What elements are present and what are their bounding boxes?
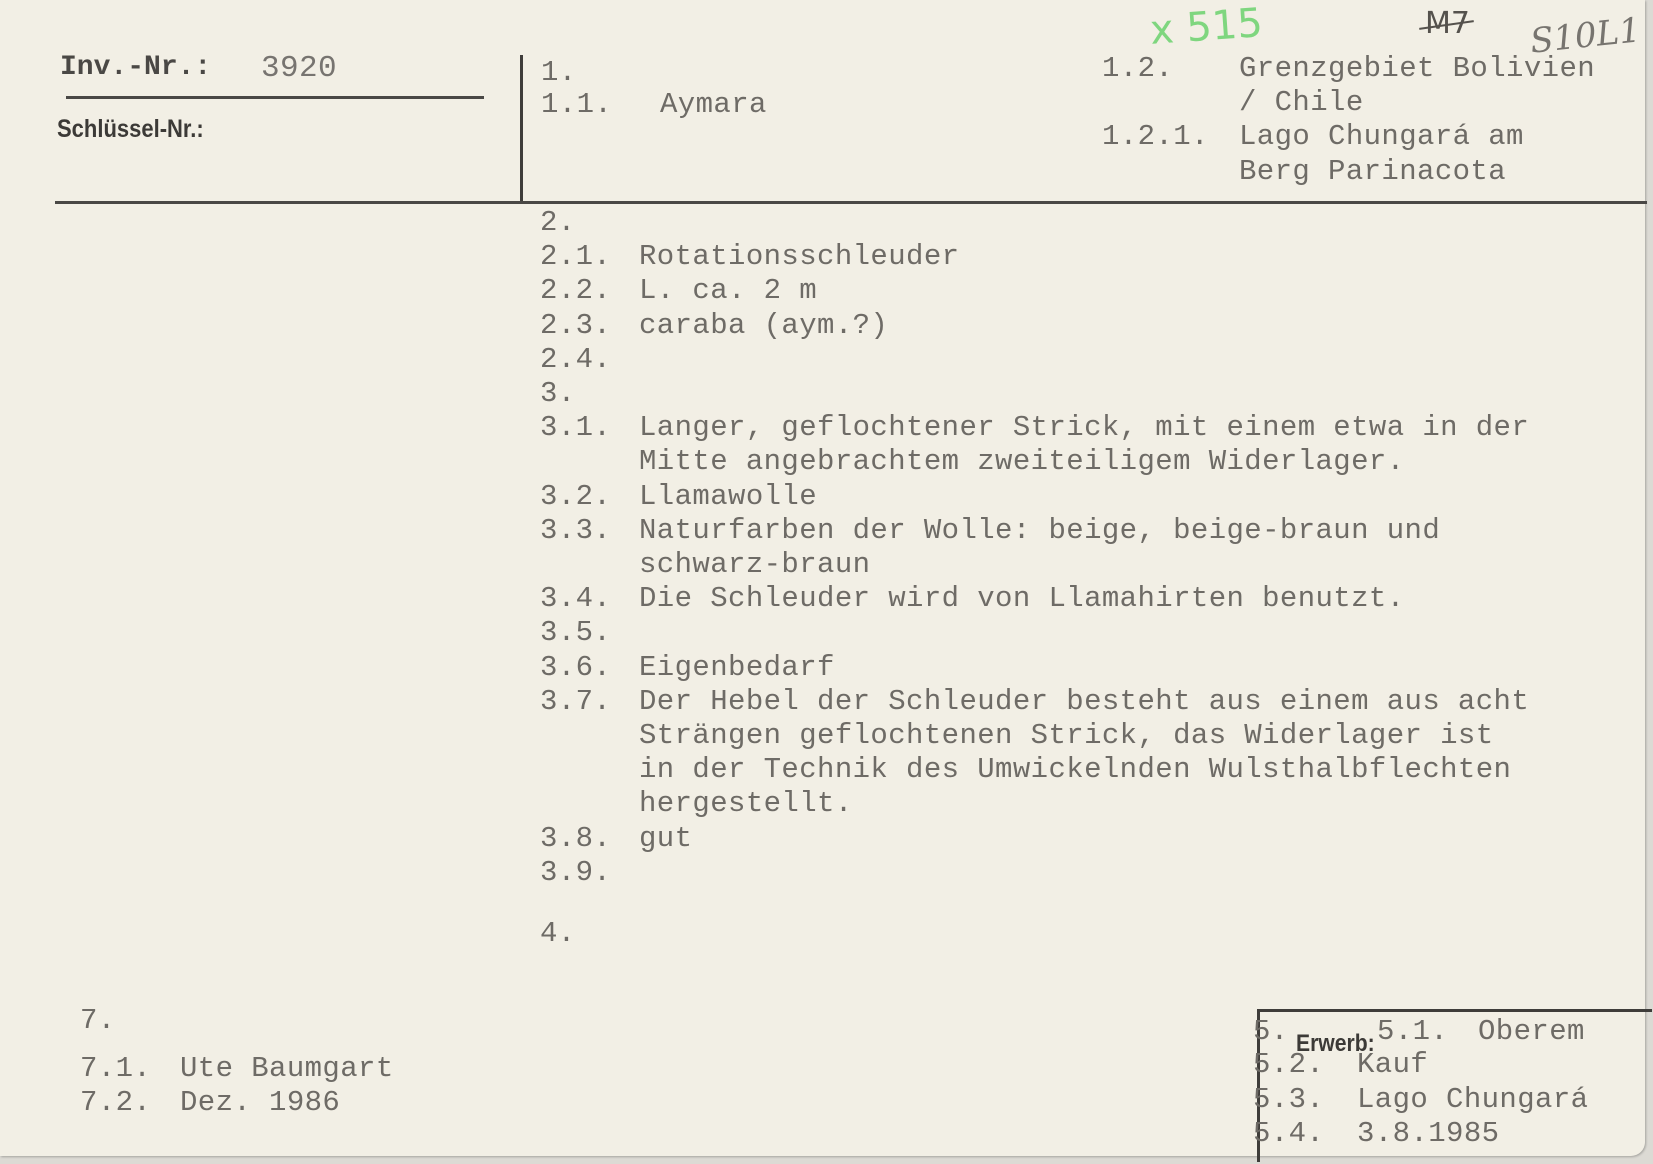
header-rule bbox=[55, 201, 1647, 204]
field-value: Rotationsschleuder bbox=[639, 240, 959, 274]
s1-1-num: 1.1. bbox=[541, 88, 612, 122]
field-number: 3.9. bbox=[540, 856, 611, 890]
s7-1-value: Ute Baumgart bbox=[180, 1052, 394, 1086]
field-value: Lago Chungará am bbox=[1239, 120, 1524, 154]
field-number: 1.2.1. bbox=[1102, 120, 1209, 154]
field-value: Langer, geflochtener Strick, mit einem e… bbox=[639, 411, 1529, 445]
field-number: 3.1. bbox=[540, 411, 611, 445]
field-value: hergestellt. bbox=[639, 787, 853, 821]
header-divider bbox=[520, 55, 523, 203]
field-number: 3.7. bbox=[540, 685, 611, 719]
s5-4-num: 5.4. bbox=[1253, 1117, 1324, 1151]
field-number: 3.5. bbox=[540, 616, 611, 650]
field-value: schwarz-braun bbox=[639, 548, 870, 582]
field-value: in der Technik des Umwickelnden Wulsthal… bbox=[639, 753, 1511, 787]
field-value: L. ca. 2 m bbox=[639, 274, 817, 308]
inv-label: Inv.-Nr.: bbox=[60, 52, 211, 83]
s7-num: 7. bbox=[80, 1004, 116, 1038]
s5-num: 5. bbox=[1253, 1015, 1289, 1049]
field-number: 2.2. bbox=[540, 274, 611, 308]
field-value: Grenzgebiet Bolivien bbox=[1239, 52, 1595, 86]
field-value: Der Hebel der Schleuder besteht aus eine… bbox=[639, 685, 1529, 719]
index-card: Inv.-Nr.: 3920 Schlüssel-Nr.: x 515 M7 S… bbox=[0, 0, 1645, 1156]
field-number: 3. bbox=[540, 377, 576, 411]
s5-2-num: 5.2. bbox=[1253, 1048, 1324, 1082]
field-value: Naturfarben der Wolle: beige, beige-brau… bbox=[639, 514, 1440, 548]
field-number: 3.4. bbox=[540, 582, 611, 616]
s5-3-value: Lago Chungará bbox=[1357, 1083, 1588, 1117]
field-value: Llamawolle bbox=[639, 480, 817, 514]
s7-2-value: Dez. 1986 bbox=[180, 1086, 340, 1120]
field-value: Berg Parinacota bbox=[1239, 155, 1506, 189]
s7-2-num: 7.2. bbox=[80, 1086, 151, 1120]
field-number: 2.1. bbox=[540, 240, 611, 274]
field-number: 1.2. bbox=[1102, 52, 1173, 86]
inv-underline bbox=[66, 96, 484, 99]
field-value: / Chile bbox=[1239, 86, 1364, 120]
s1-1-value: Aymara bbox=[660, 88, 767, 122]
s4-num: 4. bbox=[540, 917, 576, 951]
field-value: Die Schleuder wird von Llamahirten benut… bbox=[639, 582, 1405, 616]
field-value: Mitte angebrachtem zweiteiligem Widerlag… bbox=[639, 445, 1405, 479]
field-value: caraba (aym.?) bbox=[639, 309, 888, 343]
field-number: 3.8. bbox=[540, 822, 611, 856]
green-annotation: x 515 bbox=[1149, 0, 1265, 54]
s5-2-value: Kauf bbox=[1357, 1048, 1428, 1082]
field-number: 2.3. bbox=[540, 309, 611, 343]
s5-4-value: 3.8.1985 bbox=[1357, 1117, 1499, 1151]
s5-1-value: Oberem bbox=[1478, 1015, 1585, 1049]
field-number: 3.3. bbox=[540, 514, 611, 548]
struck-number: M7 bbox=[1425, 6, 1470, 41]
s5-3-num: 5.3. bbox=[1253, 1083, 1324, 1117]
key-label: Schlüssel-Nr.: bbox=[57, 115, 204, 144]
field-number: 2. bbox=[540, 206, 576, 240]
field-number: 3.6. bbox=[540, 651, 611, 685]
field-value: Eigenbedarf bbox=[639, 651, 835, 685]
inv-value: 3920 bbox=[261, 52, 337, 86]
field-value: gut bbox=[639, 822, 692, 856]
s5-1-num: 5.1. bbox=[1377, 1015, 1448, 1049]
field-value: Strängen geflochtenen Strick, das Widerl… bbox=[639, 719, 1494, 753]
s1-num: 1. bbox=[541, 56, 577, 90]
field-number: 2.4. bbox=[540, 343, 611, 377]
field-number: 3.2. bbox=[540, 480, 611, 514]
s7-1-num: 7.1. bbox=[80, 1052, 151, 1086]
